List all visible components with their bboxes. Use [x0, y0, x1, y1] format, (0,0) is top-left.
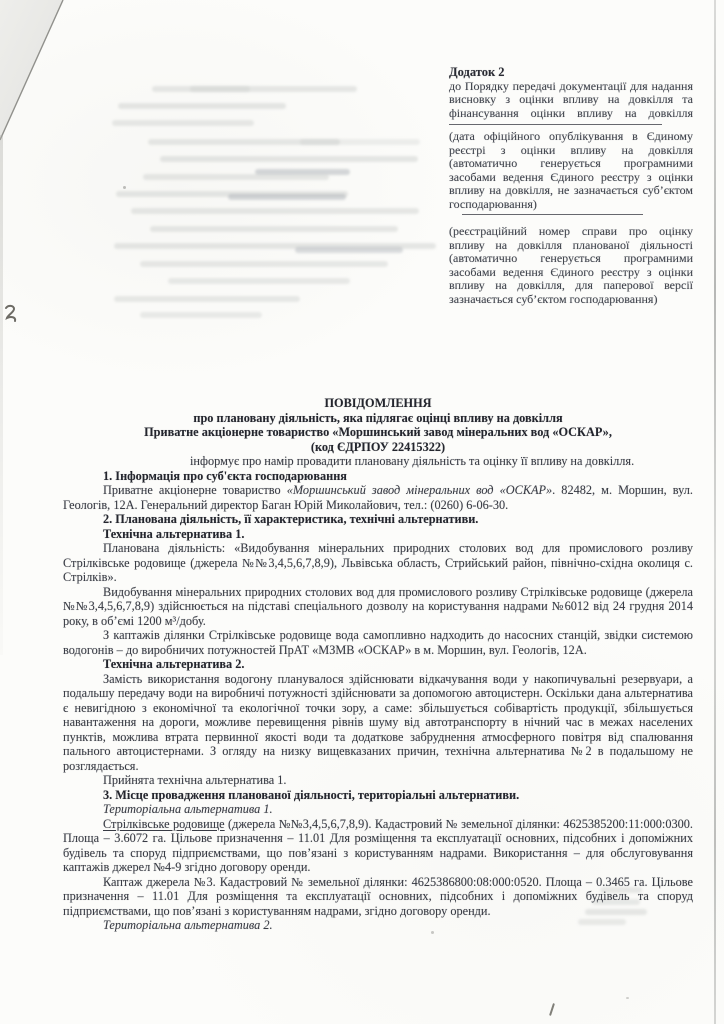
- tech-alt1-paragraph-2: Видобування мінеральних природних столов…: [63, 585, 693, 629]
- section1-heading: 1. Інформація про суб'єкта господарюванн…: [63, 469, 693, 484]
- annex-block: Додаток 2 до Порядку передачі документац…: [449, 66, 693, 306]
- page-corner-fold-artifact: [0, 0, 70, 145]
- bleed-through-line: [228, 194, 346, 200]
- terr-alt1-paragraph-1: Стрілківське родовище (джерела №№3,4,5,6…: [63, 817, 693, 875]
- bleed-through-line: [118, 103, 286, 109]
- bleed-through-line: [112, 120, 254, 126]
- terr-alt1-heading: Територіальна альтернатива 1.: [63, 802, 693, 817]
- notice-title: ПОВІДОМЛЕННЯ: [63, 396, 693, 411]
- scanned-document-page: Додаток 2 до Порядку передачі документац…: [0, 0, 724, 1024]
- deposit-name-underlined: Стрілківське родовище: [103, 817, 225, 831]
- annex-note-registration: (реєстраційний номер справи про оцінку в…: [449, 225, 693, 306]
- ink-mark-artifact: [3, 304, 19, 324]
- tech-alt1-heading: Технічна альтернатива 1.: [63, 527, 693, 542]
- scan-speck: [123, 186, 126, 189]
- bleed-through-line: [116, 191, 348, 197]
- accepted-alternative-line: Прийнята технічна альтернатива 1.: [63, 773, 693, 788]
- bleed-through-line: [131, 208, 419, 214]
- blank-line-2: [462, 214, 643, 215]
- blank-line-1: [449, 124, 662, 125]
- company-name-line: Приватне акціонерне товариство «Моршинсь…: [63, 425, 693, 440]
- notice-body: ПОВІДОМЛЕННЯ про плановану діяльність, я…: [63, 396, 693, 933]
- bleed-through-line: [140, 312, 262, 318]
- tech-alt2-paragraph: Замість використання водогону планувалос…: [63, 672, 693, 774]
- terr-alt2-heading: Територіальна альтернатива 2.: [63, 918, 693, 933]
- annex-order-reference: до Порядку передачі документації для над…: [449, 80, 693, 121]
- bleed-through-line: [190, 86, 250, 92]
- bleed-through-line: [114, 243, 436, 249]
- bleed-through-line: [255, 169, 350, 175]
- bleed-through-line: [300, 139, 420, 145]
- section1-paragraph: Приватне акціонерне товариство «Моршинсь…: [63, 483, 693, 512]
- bleed-through-line: [150, 226, 398, 232]
- annex-label: Додаток 2: [449, 66, 693, 80]
- bleed-through-line: [143, 174, 329, 180]
- tech-alt2-heading: Технічна альтернатива 2.: [63, 657, 693, 672]
- pen-slash-artifact: [549, 1003, 555, 1016]
- annex-note-publication: (дата офіційного опублікування в Єдиному…: [449, 130, 693, 211]
- bleed-through-line: [140, 261, 388, 267]
- scan-speck: [626, 997, 629, 999]
- section2-heading: 2. Планована діяльність, її характеристи…: [63, 512, 693, 527]
- intro-line: інформує про намір провадити плановану д…: [63, 454, 693, 469]
- section3-heading: 3. Місце провадження планованої діяльнос…: [63, 788, 693, 803]
- bleed-through-line: [295, 247, 403, 253]
- bleed-through-line: [114, 296, 300, 302]
- tech-alt1-paragraph-3: З каптажів ділянки Стрілківське родовище…: [63, 628, 693, 657]
- left-page-edge-shadow: [0, 135, 3, 655]
- section1-text: Приватне акціонерне товариство: [103, 483, 287, 497]
- tech-alt1-paragraph-1: Планована діяльність: «Видобування мінер…: [63, 541, 693, 585]
- bleed-through-line: [160, 156, 418, 162]
- bleed-through-line: [148, 139, 340, 145]
- bleed-through-line: [168, 278, 350, 284]
- notice-subtitle: про плановану діяльність, яка підлягає о…: [63, 411, 693, 426]
- terr-alt1-paragraph-2: Каптаж джерела №3. Кадастровий № земельн…: [63, 875, 693, 919]
- right-scan-edge-line: [714, 0, 716, 1024]
- bleed-through-line: [152, 86, 357, 92]
- company-name-italic: «Моршинський завод мінеральних вод «ОСКА…: [287, 483, 552, 497]
- edrpou-code-line: (код ЄДРПОУ 22415322): [63, 440, 693, 455]
